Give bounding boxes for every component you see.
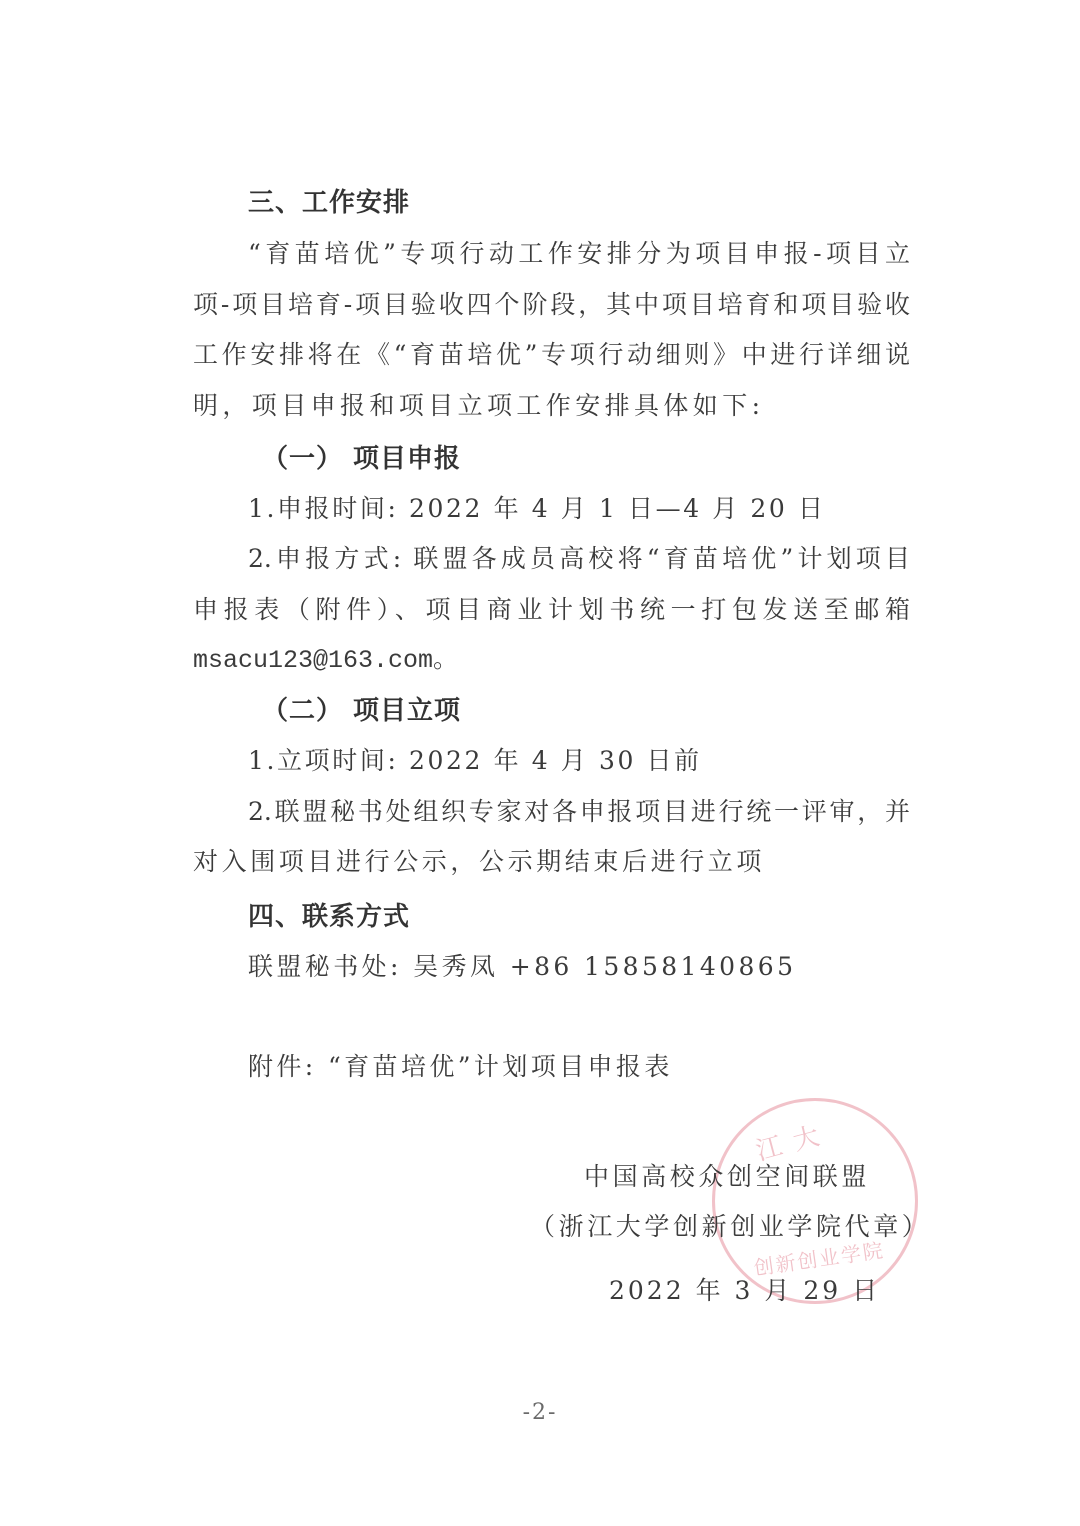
signature-seal-note: （浙江大学创新创业学院代章） <box>530 1210 930 1244</box>
contact-line: 联盟秘书处: 吴秀凤 +86 15858140865 <box>248 950 968 984</box>
signature-date: 2022 年 3 月 29 日 <box>609 1274 880 1308</box>
document-page: 三、工作安排 “育苗培优”专项行动工作安排分为项目申报-项目立 项-项目培育-项… <box>0 0 1080 1526</box>
section4-heading: 四、联系方式 <box>248 900 968 934</box>
sub1-heading: （一） 项目申报 <box>262 442 982 476</box>
page-number: -2- <box>0 1400 1080 1425</box>
attachment-line: 附件: “育苗培优”计划项目申报表 <box>248 1050 968 1084</box>
section3-para-line-1: “育苗培优”专项行动工作安排分为项目申报-项目立 <box>248 237 910 271</box>
section3-para-line-3: 工作安排将在《“育苗培优”专项行动细则》中进行详细说 <box>193 338 910 372</box>
sub1-item1: 1.申报时间: 2022 年 4 月 1 日—4 月 20 日 <box>248 492 968 526</box>
sub1-email: msacu123@163.com。 <box>193 644 913 678</box>
sub2-heading: （二） 项目立项 <box>262 694 982 728</box>
signature-org: 中国高校众创空间联盟 <box>584 1160 870 1194</box>
sub2-item1: 1.立项时间: 2022 年 4 月 30 日前 <box>248 744 968 778</box>
sub2-item2-line-1: 2.联盟秘书处组织专家对各申报项目进行统一评审，并 <box>248 795 910 829</box>
section3-heading: 三、工作安排 <box>248 186 968 220</box>
section3-para-line-2: 项-项目培育-项目验收四个阶段，其中项目培育和项目验收 <box>193 288 910 322</box>
sub1-item2-line-2: 申报表（附件）、项目商业计划书统一打包发送至邮箱 <box>193 593 910 627</box>
section3-para-line-4: 明，项目申报和项目立项工作安排具体如下: <box>193 389 913 423</box>
sub1-item2-line-1: 2.申报方式: 联盟各成员高校将“育苗培优”计划项目 <box>248 542 910 576</box>
sub2-item2-line-2: 对入围项目进行公示，公示期结束后进行立项 <box>193 845 913 879</box>
